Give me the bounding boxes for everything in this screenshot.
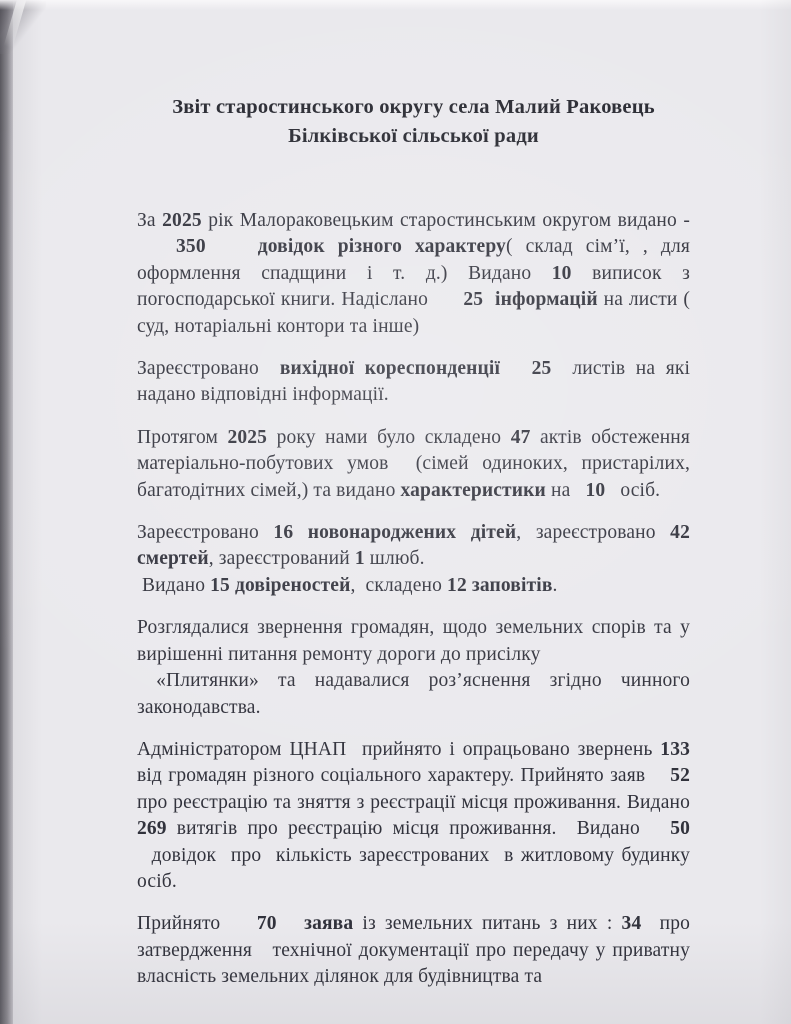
text-run: 2025 [227,427,267,448]
text-run: 10 [585,480,605,501]
text-run: довідок різного характеру [258,236,506,257]
document-title: Звіт старостинського округу села Малий Р… [137,93,690,151]
text-run: 52 [670,765,690,786]
text-run: характеристики [401,480,546,501]
paragraph-correspondence: Зареєстровано вихідної кореспонденції 25… [137,356,690,409]
text-run: заява [304,913,353,934]
text-run: про реєстрацію та зняття з реєстрації мі… [137,792,690,813]
text-run: 12 заповітів [447,575,552,596]
document-content: Звіт старостинського округу села Малий Р… [137,93,690,1007]
text-run: 1 [355,548,365,569]
text-run: 269 [137,818,167,839]
text-run [483,289,495,310]
text-run: «Плитянки» та надавалися роз’яснення згі… [137,670,690,717]
text-run: 25 [532,358,552,379]
text-run: 350 [176,236,206,257]
text-run: Прийнято [137,913,257,934]
text-run: 2025 [162,210,202,231]
scanner-edge-shadow [0,0,13,1024]
text-run: на [546,480,586,501]
text-run: За [137,210,162,231]
text-run [206,236,258,257]
text-run: від громадян різного соціального характе… [137,765,670,786]
text-run: 50 [670,818,690,839]
text-run: вихідної кореспонденції [280,358,500,379]
text-run: 34 [622,913,642,934]
text-run: довідок про кількість зареєстрованих в ж… [137,845,690,892]
paragraph-cnap-admin: Адміністратором ЦНАП прийнято і опрацьов… [137,737,690,895]
text-run: шлюб. [365,548,425,569]
text-run: Зареєстровано [137,522,273,543]
paragraph-citizen-appeals: Розглядалися звернення громадян, щодо зе… [137,615,690,721]
scanned-page: Звіт старостинського округу села Малий Р… [0,0,791,1024]
paragraph-inspection-acts: Протягом 2025 року нами було складено 47… [137,425,690,504]
scan-top-highlight [0,0,791,10]
text-run [277,913,304,934]
text-run: 10 [552,263,572,284]
text-run: витягів про реєстрацію місця проживання.… [167,818,670,839]
paragraph-land-applications: Прийнято 70 заява із земельних питань з … [137,911,690,990]
text-run: . [553,575,558,596]
text-run: Розглядалися звернення громадян, щодо зе… [137,617,690,664]
text-run: , зареєстрований [209,548,355,569]
title-line-1: Звіт старостинського округу села Малий Р… [137,93,690,122]
title-line-2: Білківської сільської ради [137,122,690,151]
text-run: Видано [137,575,210,596]
text-run: Зареєстровано [137,358,280,379]
text-run: 16 новонароджених дітей [273,522,516,543]
text-run: 25 [463,289,483,310]
paragraph-certificates: За 2025 рік Малораковецьким старостинськ… [137,208,690,340]
text-run: 70 [257,913,277,934]
text-run: 47 [511,427,531,448]
text-run: 15 довіреностей [210,575,350,596]
text-run: із земельних питань з них : [353,913,621,934]
text-run: , зареєстровано [516,522,670,543]
paragraph-civil-registry: Зареєстровано 16 новонароджених дітей, з… [137,520,690,599]
text-run: , складено [350,575,447,596]
text-run: року нами було складено [267,427,511,448]
text-run: Адміністратором ЦНАП прийнято і опрацьов… [137,739,660,760]
text-run: Протягом [137,427,227,448]
text-run: інформацій [495,289,598,310]
text-run [500,358,532,379]
text-run: осіб. [605,480,660,501]
text-run: 133 [660,739,690,760]
